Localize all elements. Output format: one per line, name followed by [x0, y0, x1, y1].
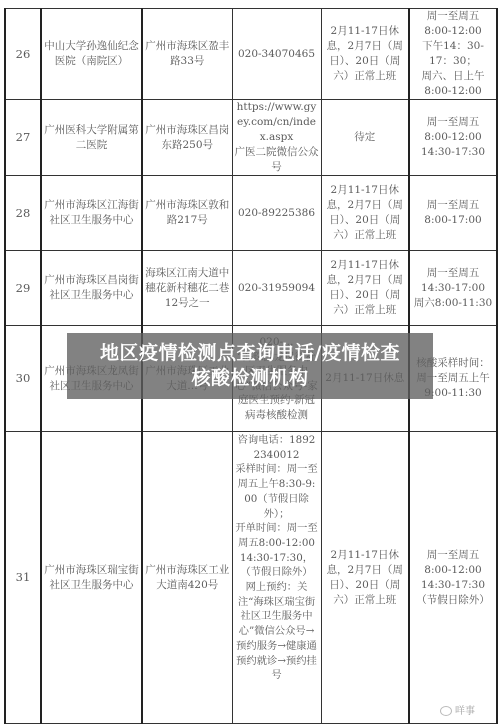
service-hours: 周一至周五 8:00-17:00	[409, 176, 497, 251]
table-row: 29 广州市海珠区昌岗街社区卫生服务中心 海珠区江南大道中穗花新村穗花二巷12号…	[5, 251, 497, 326]
row-number: 26	[5, 9, 41, 100]
holiday-schedule: 2月11-17日休息，2月7日（周日）、20日（周六）正常上班	[321, 432, 409, 724]
article-title-banner: 地区疫情检测点查询电话/疫情检查 核酸检测机构	[67, 333, 433, 399]
watermark-label: 咩事	[455, 706, 475, 717]
row-number: 30	[5, 326, 41, 432]
institution-address: 广州市海珠区工业大道南420号	[142, 432, 232, 724]
contact-info: 020-34070465	[232, 9, 321, 100]
contact-info: 020-89225386	[232, 176, 321, 251]
table-row: 26 中山大学孙逸仙纪念医院（南院区） 广州市海珠区盈丰路33号 020-340…	[5, 9, 497, 100]
source-watermark: 咩事	[440, 702, 475, 717]
institution-address: 广州市海珠区盈丰路33号	[142, 9, 232, 100]
row-number: 29	[5, 251, 41, 326]
holiday-schedule: 2月11-17日休息，2月7日（周日）、20日（周六）正常上班	[321, 176, 409, 251]
banner-title-line-2: 核酸检测机构	[67, 366, 433, 391]
holiday-schedule: 2月11-17日休息，2月7日（周日）、20日（周六）正常上班	[321, 251, 409, 326]
service-hours: 周一至周五 8:00-12:00 下午14：30- 17：30； 周六、日上午 …	[409, 9, 497, 100]
banner-title-line-1: 地区疫情检测点查询电话/疫情检查	[67, 341, 433, 366]
institution-name: 广州市海珠区瑞宝街社区卫生服务中心	[41, 432, 142, 724]
institution-name: 广州市海珠区昌岗街社区卫生服务中心	[41, 251, 142, 326]
contact-info: 020-31959094	[232, 251, 321, 326]
wechat-logo-icon	[440, 706, 452, 716]
table-row: 27 广州医科大学附属第二医院 广州市海珠区昌岗东路250号 https://w…	[5, 100, 497, 176]
row-number: 28	[5, 176, 41, 251]
contact-info: 咨询电话：18922340012 采样时间：周一至周五上午8:30-9:00（节…	[232, 432, 321, 724]
service-hours: 周一至周五 8:00-12:00 14:30-17:30 （节假日除外）	[409, 432, 497, 724]
row-number: 31	[5, 432, 41, 724]
row-number: 27	[5, 100, 41, 176]
institution-name: 广州医科大学附属第二医院	[41, 100, 142, 176]
holiday-schedule: 2月11-17日休息，2月7日（周日）、20日（周六）正常上班	[321, 9, 409, 100]
institution-address: 海珠区江南大道中穗花新村穗花二巷12号之一	[142, 251, 232, 326]
table-row: 31 广州市海珠区瑞宝街社区卫生服务中心 广州市海珠区工业大道南420号 咨询电…	[5, 432, 497, 724]
holiday-schedule: 待定	[321, 100, 409, 176]
institution-address: 广州市海珠区敦和路217号	[142, 176, 232, 251]
table-row: 28 广州市海珠区江海街社区卫生服务中心 广州市海珠区敦和路217号 020-8…	[5, 176, 497, 251]
institution-name: 广州市海珠区江海街社区卫生服务中心	[41, 176, 142, 251]
institution-name: 中山大学孙逸仙纪念医院（南院区）	[41, 9, 142, 100]
institution-address: 广州市海珠区昌岗东路250号	[142, 100, 232, 176]
contact-info: https://www.gyey.com/cn/index.aspx 广医二院微…	[232, 100, 321, 176]
service-hours: 周一至周五 14:30-17:00 周六8:00-11:30	[409, 251, 497, 326]
service-hours: 周一至周五 8:00-12:00 14:30-17:30	[409, 100, 497, 176]
